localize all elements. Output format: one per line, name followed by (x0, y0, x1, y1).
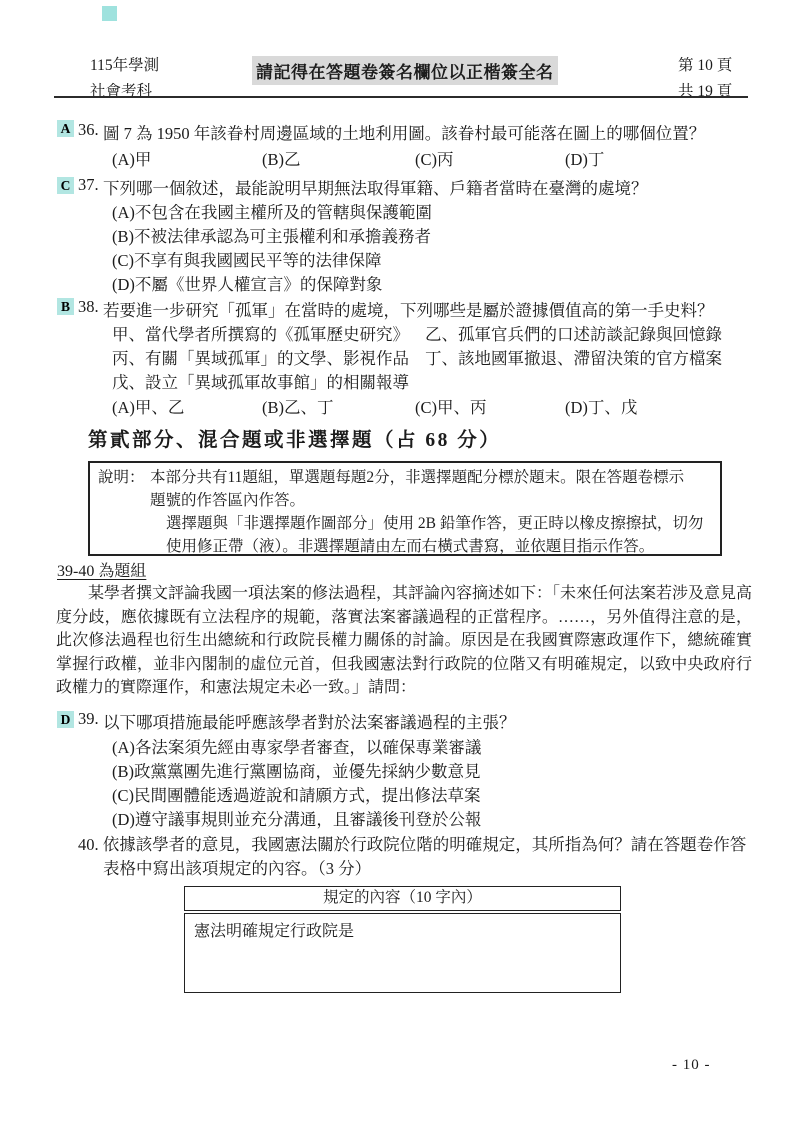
q37-option-a: (A)不包含在我國主權所及的管轄與保護範圍 (112, 199, 432, 223)
q37-stem: 下列哪一個敘述，最能說明早期無法取得軍籍、戶籍者當時在臺灣的處境？ (103, 175, 648, 199)
q39-option-a: (A)各法案須先經由專家學者審查，以確保專業審議 (112, 734, 481, 758)
q36-option-d: (D)丁 (565, 146, 604, 170)
q39-option-c: (C)民間團體能透過遊說和請願方式，提出修法草案 (112, 782, 481, 806)
q37-number: 37. (78, 175, 99, 195)
q40-answer-table: 規定的內容（10 字內） 憲法明確規定行政院是 (184, 886, 621, 993)
q38-option-a: (A)甲、乙 (112, 394, 184, 418)
q38-item-jia: 甲、當代學者所撰寫的《孤軍歷史研究》 (112, 321, 409, 345)
footer-page-number: - 10 - (672, 1057, 711, 1074)
answer-table-header: 規定的內容（10 字內） (184, 886, 621, 911)
q37-option-d: (D)不屬《世界人權宣言》的保障對象 (112, 271, 382, 295)
q40-stem: 依據該學者的意見，我國憲法關於行政院位階的明確規定，其所指為何？請在答題卷作答表… (103, 835, 747, 878)
q36-number: 36. (78, 120, 99, 140)
answer-marker-q38: B (57, 298, 74, 315)
q39-option-b: (B)政黨黨團先進行黨團協商，並優先採納少數意見 (112, 758, 481, 782)
q38-stem: 若要進一步研究「孤軍」在當時的處境，下列哪些是屬於證據價值高的第一手史料？ (103, 297, 714, 321)
q37-option-c: (C)不享有與我國國民平等的法律保障 (112, 247, 382, 271)
q39-option-d: (D)遵守議事規則並充分溝通，且審議後刊登於公報 (112, 806, 481, 830)
answer-table-content: 憲法明確規定行政院是 (184, 913, 621, 993)
header-divider (54, 96, 748, 98)
q38-item-yi: 乙、孤軍官兵們的口述訪談記錄與回憶錄 (425, 321, 722, 345)
instructions-label: 說明： (98, 466, 150, 554)
answer-marker-q39: D (57, 711, 74, 728)
exam-page: 115年學測 社會考科 請記得在答題卷簽名欄位以正楷簽全名 第 10 頁 共 1… (0, 0, 800, 1131)
q39-stem: 以下哪項措施最能呼應該學者對於法案審議過程的主張？ (103, 709, 516, 733)
q37-option-b: (B)不被法律承認為可主張權利和承擔義務者 (112, 223, 431, 247)
exam-subject: 社會考科 (90, 79, 159, 105)
q38-option-c: (C)甲、丙 (415, 394, 487, 418)
group-passage: 某學者撰文評論我國一項法案的修法過程，其評論內容摘述如下：「未來任何法案若涉及意… (56, 582, 752, 700)
page-total: 共 19 頁 (678, 79, 732, 105)
q36-stem: 圖 7 為 1950 年該眷村周邊區域的土地利用圖。該眷村最可能落在圖上的哪個位… (103, 120, 705, 144)
q38-item-wu: 戊、設立「異域孤軍故事館」的相關報導 (112, 369, 409, 393)
corner-annotation-icon (102, 6, 117, 21)
q40-stem-block: 40. 依據該學者的意見，我國憲法關於行政院位階的明確規定，其所指為何？請在答題… (78, 833, 752, 880)
q39-number: 39. (78, 709, 99, 729)
q38-option-d: (D)丁、戊 (565, 394, 637, 418)
signature-notice: 請記得在答題卷簽名欄位以正楷簽全名 (252, 56, 558, 85)
instructions-text: 本部分共有11題組，單選題每題2分，非選擇題配分標於題末。限在答題卷標示 題號的… (150, 466, 712, 554)
page-current: 第 10 頁 (678, 53, 732, 79)
q38-option-b: (B)乙、丁 (262, 394, 334, 418)
answer-marker-q37: C (57, 177, 74, 194)
q40-number: 40. (78, 835, 99, 854)
question-group-label: 39-40 為題組 (57, 558, 146, 581)
instructions-box: 說明： 本部分共有11題組，單選題每題2分，非選擇題配分標於題末。限在答題卷標示… (88, 461, 722, 556)
answer-marker-q36: A (57, 120, 74, 137)
q36-option-b: (B)乙 (262, 146, 301, 170)
q38-item-ding: 丁、該地國軍撤退、滯留決策的官方檔案 (425, 345, 722, 369)
q36-option-c: (C)丙 (415, 146, 454, 170)
section-2-title: 第貳部分、混合題或非選擇題（占 68 分） (88, 424, 501, 452)
exam-name: 115年學測 (90, 53, 159, 79)
q38-number: 38. (78, 297, 99, 317)
q36-option-a: (A)甲 (112, 146, 151, 170)
q38-item-bing: 丙、有關「異域孤軍」的文學、影視作品 (112, 345, 409, 369)
